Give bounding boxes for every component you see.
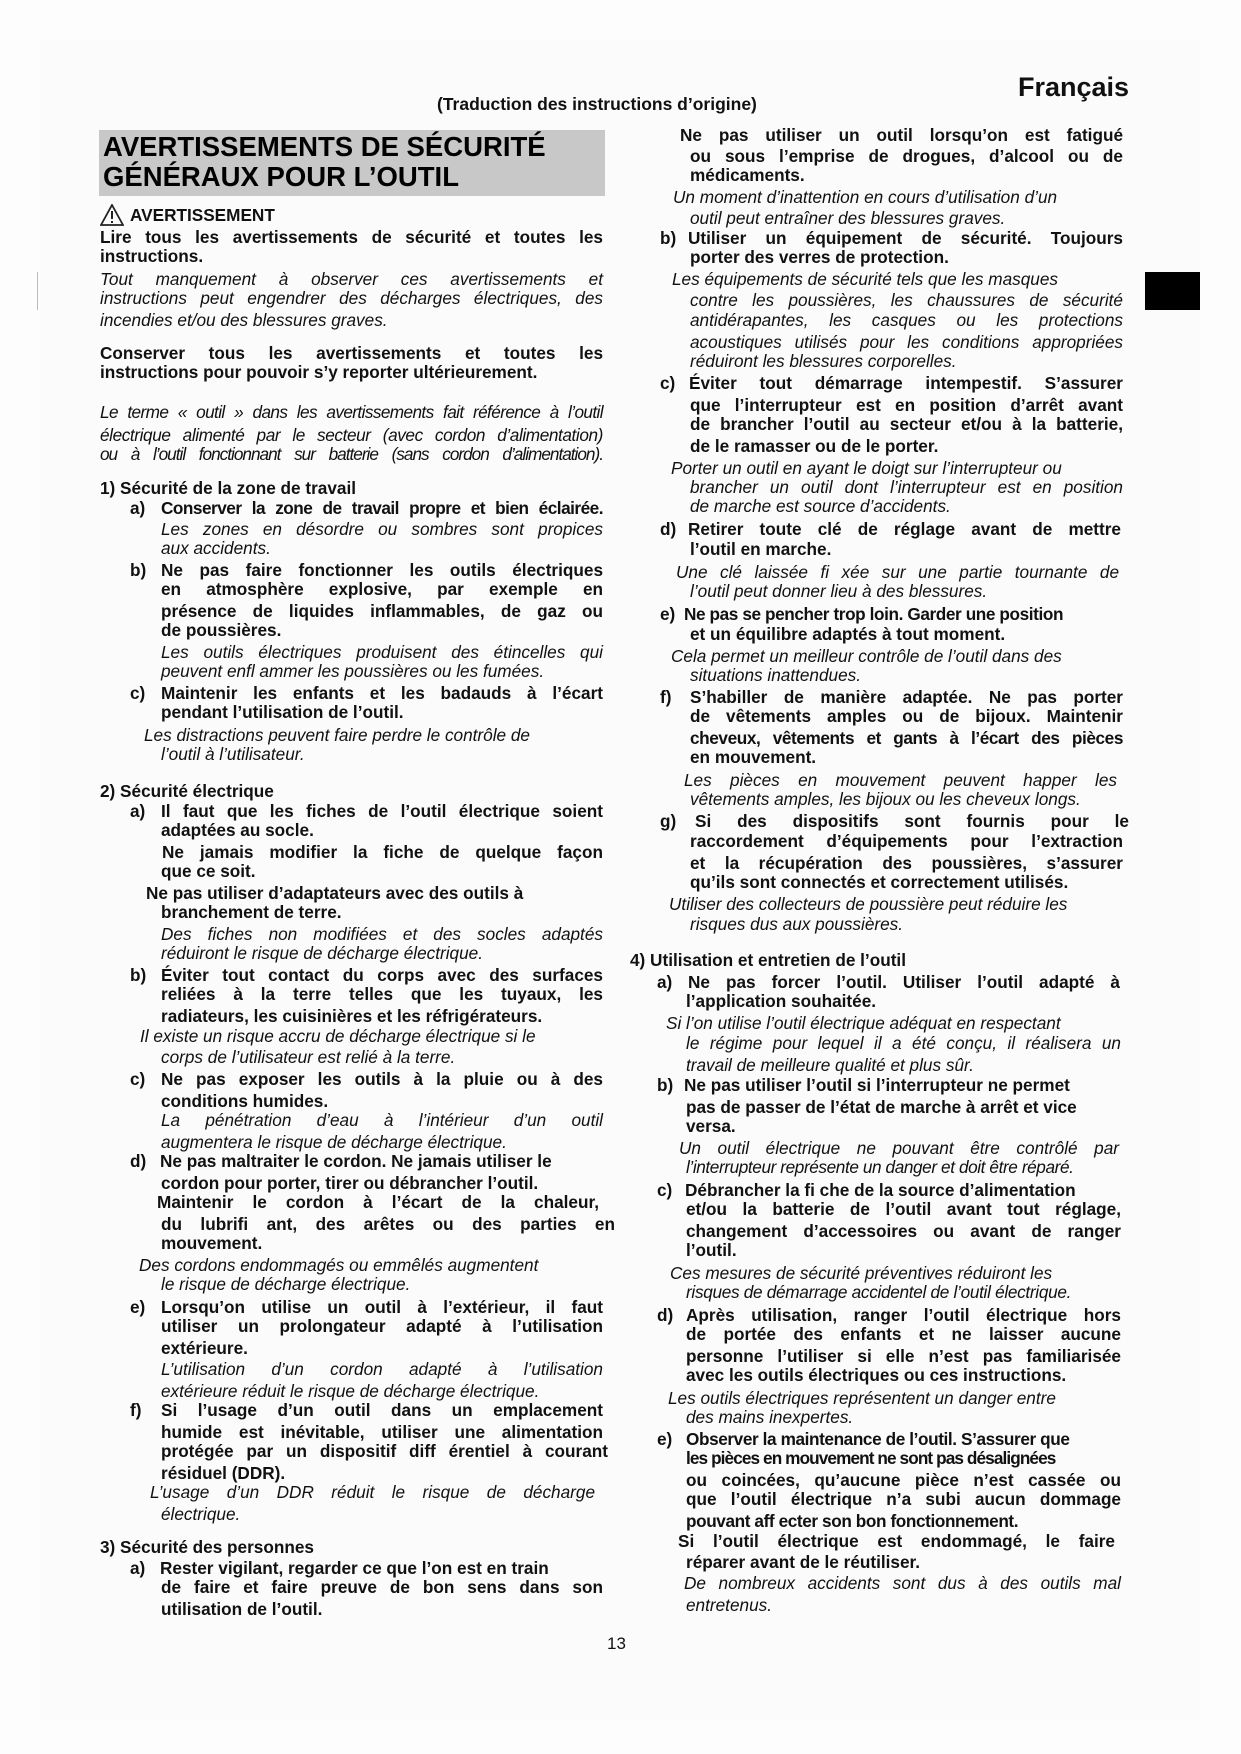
item-note: aux accidents. [161, 539, 271, 558]
item-text: adaptées au socle. [161, 821, 314, 840]
item-note: travail de meilleure qualité et plus sûr… [686, 1056, 974, 1075]
item-text: Éviter tout contact du corps avec des su… [161, 966, 603, 985]
item-note: extérieure réduit le risque de décharge … [161, 1382, 539, 1401]
section-heading-1: 1) Sécurité de la zone de travail [100, 479, 356, 498]
item-text: Ne pas forcer l’outil. Utiliser l’outil … [688, 973, 1120, 992]
language-label: Français [1018, 72, 1129, 103]
item-text: changement d’accessoires ou avant de ran… [686, 1222, 1121, 1241]
item-note: risques dus aux poussières. [690, 915, 903, 934]
item-note: Les équipements de sécurité tels que les… [672, 270, 1058, 289]
item-text: les pièces en mouvement ne sont pas désa… [686, 1449, 1055, 1468]
item-letter: c) [130, 684, 145, 703]
item-text: en mouvement. [690, 748, 816, 767]
item-text: utiliser un prolongateur adapté à l’util… [161, 1317, 603, 1336]
item-text: Ne pas faire fonctionner les outils élec… [161, 561, 603, 580]
section-heading-4: 4) Utilisation et entretien de l’outil [630, 951, 906, 970]
item-text: que l’interrupteur est en position d’arr… [690, 396, 1123, 415]
item-letter: a) [657, 973, 672, 992]
item-text: versa. [686, 1117, 736, 1136]
item-text: Ne pas utiliser l’outil si l’interrupteu… [684, 1076, 1070, 1095]
section-heading-2: 2) Sécurité électrique [100, 782, 274, 801]
item-text: de faire et faire preuve de bon sens dan… [161, 1578, 603, 1597]
item-text: radiateurs, les cuisinières et les réfri… [161, 1007, 542, 1026]
item-text: cheveux, vêtements et gants à l’écart de… [690, 729, 1123, 748]
item-text: Maintenir les enfants et les badauds à l… [161, 684, 603, 703]
item-note: l’interrupteur représente un danger et d… [686, 1158, 1073, 1177]
item-letter: d) [657, 1306, 673, 1325]
item-text: Ne pas utiliser d’adaptateurs avec des o… [146, 884, 523, 903]
item-note: réduiront les blessures corporelles. [690, 352, 957, 371]
page-title: AVERTISSEMENTS DE SÉCURITÉ GÉNÉRAUX POUR… [103, 132, 546, 192]
item-text: Lorsqu’on utilise un outil à l’extérieur… [161, 1298, 603, 1317]
item-text: et un équilibre adaptés à tout moment. [690, 625, 1005, 644]
item-note: Les zones en désordre ou sombres sont pr… [161, 520, 603, 539]
item-letter: a) [130, 1559, 145, 1578]
item-text: du lubrifi ant, des arêtes ou des partie… [161, 1215, 615, 1234]
item-note: risques de démarrage accidentel de l’out… [686, 1283, 1071, 1302]
item-letter: e) [660, 605, 675, 624]
item-text: qu’ils sont connectés et correctement ut… [690, 873, 1068, 892]
item-text: ou sous l’emprise de drogues, d’alcool o… [690, 147, 1123, 166]
item-text: que ce soit. [161, 862, 256, 881]
warning-read: instructions. [100, 247, 203, 266]
item-note: Une clé laissée fi xée sur une partie to… [676, 563, 1119, 582]
item-text: protégée par un dispositif diff érentiel… [161, 1442, 608, 1461]
item-text: de portée des enfants et ne laisser aucu… [686, 1325, 1121, 1344]
item-text: Si l’outil électrique est endommagé, le … [678, 1532, 1115, 1551]
item-text: extérieure. [161, 1339, 248, 1358]
item-note: électrique. [161, 1505, 240, 1524]
item-text: pas de passer de l’état de marche à arrê… [686, 1098, 1077, 1117]
item-text: Après utilisation, ranger l’outil électr… [686, 1306, 1121, 1325]
item-letter: a) [130, 499, 145, 518]
item-note: Porter un outil en ayant le doigt sur l’… [671, 459, 1062, 478]
item-note: L’usage d’un DDR réduit le risque de déc… [150, 1483, 595, 1502]
item-note: Les distractions peuvent faire perdre le… [144, 726, 530, 745]
item-letter: f) [660, 688, 671, 707]
item-note: Un moment d’inattention en cours d’utili… [673, 188, 1057, 207]
term-note: électrique alimenté par le secteur (avec… [100, 426, 603, 445]
item-note: Les outils électriques produisent des ét… [161, 643, 603, 662]
item-text: l’outil en marche. [690, 540, 831, 559]
section-heading-3: 3) Sécurité des personnes [100, 1538, 314, 1557]
item-note: Si l’on utilise l’outil électrique adéqu… [666, 1014, 1061, 1033]
item-text: avec les outils électriques ou ces instr… [686, 1366, 1066, 1385]
item-note: peuvent enfl ammer les poussières ou les… [161, 662, 544, 681]
item-text: Il faut que les fiches de l’outil électr… [161, 802, 603, 821]
item-text: Conserver la zone de travail propre et b… [161, 499, 603, 518]
warning-keep: Conserver tous les avertissements et tou… [100, 344, 603, 363]
item-letter: b) [657, 1076, 673, 1095]
item-letter: e) [130, 1298, 145, 1317]
item-text: raccordement d’équipements pour l’extrac… [690, 832, 1123, 851]
item-text: Retirer toute clé de réglage avant de me… [688, 520, 1121, 539]
item-text: et la récupération des poussières, s’ass… [690, 854, 1123, 873]
item-letter: f) [130, 1401, 141, 1420]
item-note: Il existe un risque accru de décharge él… [140, 1027, 536, 1046]
item-note: Des fiches non modifiées et des socles a… [161, 925, 603, 944]
item-text: Ne pas se pencher trop loin. Garder une … [684, 605, 1063, 624]
item-letter: e) [657, 1430, 672, 1449]
term-note: ou à l’outil fonctionnant sur batterie (… [100, 445, 603, 464]
item-text: de poussières. [161, 621, 281, 640]
item-note: de marche est source d’accidents. [690, 497, 951, 516]
item-text: l’application souhaitée. [686, 992, 876, 1011]
item-text: résiduel (DDR). [161, 1464, 285, 1483]
item-text: Observer la maintenance de l’outil. S’as… [686, 1430, 1070, 1449]
item-text: pendant l’utilisation de l’outil. [161, 703, 404, 722]
item-text: ou coincées, qu’aucune pièce n’est cassé… [686, 1471, 1121, 1490]
item-text: cordon pour porter, tirer ou débrancher … [161, 1174, 538, 1193]
warning-read: Lire tous les avertissements de sécurité… [100, 228, 603, 247]
item-letter: a) [130, 802, 145, 821]
item-note: Des cordons endommagés ou emmêlés augmen… [139, 1256, 538, 1275]
item-text: réparer avant de le réutiliser. [686, 1553, 920, 1572]
item-letter: g) [660, 812, 676, 831]
item-note: l’outil à l’utilisateur. [161, 745, 305, 764]
item-text: de vêtements amples ou de bijoux. Mainte… [690, 707, 1123, 726]
item-text: humide est inévitable, utiliser une alim… [161, 1423, 603, 1442]
item-note: le risque de décharge électrique. [161, 1275, 410, 1294]
warning-keep: instructions pour pouvoir s’y reporter u… [100, 363, 537, 382]
warning-label: AVERTISSEMENT [130, 206, 275, 225]
item-letter: c) [660, 374, 675, 393]
warning-note: Tout manquement à observer ces avertisse… [100, 270, 603, 289]
item-text: conditions humides. [161, 1092, 328, 1111]
warning-triangle-icon [100, 204, 124, 226]
item-note: Les pièces en mouvement peuvent happer l… [684, 771, 1117, 790]
item-note: L’utilisation d’un cordon adapté à l’uti… [161, 1360, 603, 1379]
item-note: Les outils électriques représentent un d… [668, 1389, 1056, 1408]
item-letter: d) [130, 1152, 146, 1171]
item-note: augmentera le risque de décharge électri… [161, 1133, 507, 1152]
item-text: présence de liquides inflammables, de ga… [161, 602, 603, 621]
item-text: Si l’usage d’un outil dans un emplacemen… [161, 1401, 603, 1420]
item-note: Utiliser des collecteurs de poussière pe… [669, 895, 1067, 914]
item-text: Ne pas utiliser un outil lorsqu’on est f… [680, 126, 1123, 145]
term-note: Le terme « outil » dans les avertissemen… [100, 403, 603, 422]
language-tab-marker [1145, 272, 1200, 310]
item-text: Éviter tout démarrage intempestif. S’ass… [689, 374, 1123, 393]
item-text: pouvant aff ecter son bon fonctionnement… [686, 1512, 1018, 1531]
item-text: Débrancher la fi che de la source d’alim… [685, 1181, 1076, 1200]
item-note: De nombreux accidents sont dus à des out… [684, 1574, 1121, 1593]
item-note: le régime pour lequel il a été conçu, il… [686, 1034, 1121, 1053]
warning-note: incendies et/ou des blessures graves. [100, 311, 388, 330]
item-text: Maintenir le cordon à l’écart de la chal… [157, 1193, 599, 1212]
item-note: Ces mesures de sécurité préventives rédu… [670, 1264, 1052, 1283]
item-text: utilisation de l’outil. [161, 1600, 322, 1619]
item-note: vêtements amples, les bijoux ou les chev… [690, 790, 1081, 809]
item-text: et/ou la batterie de l’outil avant tout … [686, 1200, 1121, 1219]
item-text: porter des verres de protection. [690, 248, 949, 267]
item-text: médicaments. [690, 166, 805, 185]
item-letter: d) [660, 520, 676, 539]
item-note: antidérapantes, les casques ou les prote… [690, 311, 1123, 330]
item-text: Ne pas exposer les outils à la pluie ou … [161, 1070, 603, 1089]
item-text: Utiliser un équipement de sécurité. Touj… [688, 229, 1123, 248]
item-note: réduiront le risque de décharge électriq… [161, 944, 483, 963]
margin-mark [37, 272, 38, 310]
item-text: Ne jamais modifier la fiche de quelque f… [162, 843, 603, 862]
item-note: Un outil électrique ne pouvant être cont… [679, 1139, 1119, 1158]
item-note: La pénétration d’eau à l’intérieur d’un … [161, 1111, 603, 1130]
page-number: 13 [607, 1634, 626, 1654]
item-note: corps de l’utilisateur est relié à la te… [161, 1048, 455, 1067]
item-text: Ne pas maltraiter le cordon. Ne jamais u… [160, 1152, 552, 1171]
item-note: outil peut entraîner des blessures grave… [690, 209, 1005, 228]
item-letter: b) [660, 229, 676, 248]
item-note: acoustiques utilisés pour les conditions… [690, 333, 1123, 352]
item-text: Si des dispositifs sont fournis pour le [695, 812, 1129, 831]
title-line: AVERTISSEMENTS DE SÉCURITÉ [103, 132, 546, 162]
item-text: branchement de terre. [161, 903, 342, 922]
item-note: brancher un outil dont l’interrupteur es… [690, 478, 1123, 497]
item-text: Rester vigilant, regarder ce que l’on es… [160, 1559, 549, 1578]
warning-note: instructions peut engendrer des décharge… [100, 289, 603, 308]
item-note: des mains inexpertes. [686, 1408, 853, 1427]
title-line: GÉNÉRAUX POUR L’OUTIL [103, 162, 546, 192]
item-letter: c) [130, 1070, 145, 1089]
item-letter: c) [657, 1181, 672, 1200]
item-text: en atmosphère explosive, par exemple en [161, 580, 603, 599]
item-text: S’habiller de manière adaptée. Ne pas po… [690, 688, 1123, 707]
item-text: que l’outil électrique n’a subi aucun do… [686, 1490, 1121, 1509]
translation-subtitle: (Traduction des instructions d’origine) [437, 94, 757, 115]
item-note: entretenus. [686, 1596, 772, 1615]
item-text: mouvement. [161, 1234, 262, 1253]
item-letter: b) [130, 966, 146, 985]
item-text: reliées à la terre telles que les tuyaux… [161, 985, 603, 1004]
item-text: l’outil. [686, 1241, 737, 1260]
item-note: situations inattendues. [690, 666, 861, 685]
item-note: contre les poussières, les chaussures de… [690, 291, 1123, 310]
item-note: l’outil peut donner lieu à des blessures… [690, 582, 987, 601]
item-note: Cela permet un meilleur contrôle de l’ou… [671, 647, 1062, 666]
item-text: personne l’utiliser si elle n’est pas fa… [686, 1347, 1121, 1366]
item-letter: b) [130, 561, 146, 580]
item-text: de brancher l’outil au secteur et/ou à l… [690, 415, 1123, 434]
item-text: de le ramasser ou de le porter. [690, 437, 938, 456]
